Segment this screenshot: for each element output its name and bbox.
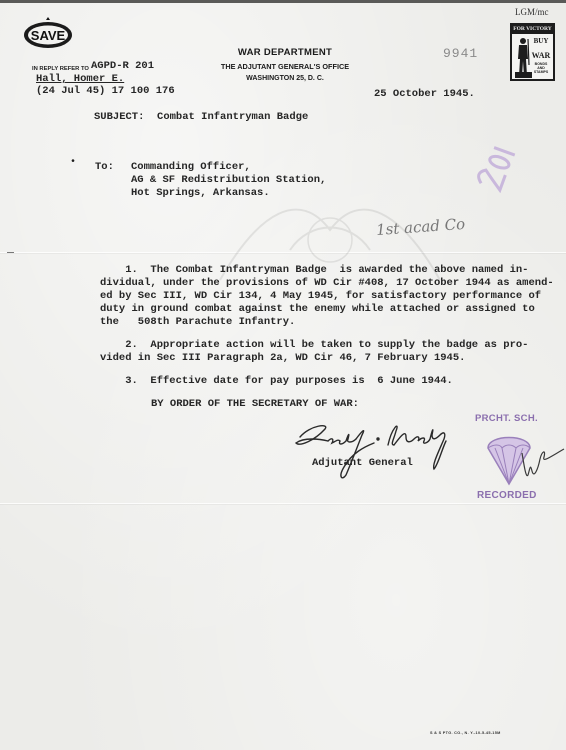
paragraph-line: 3. Effective date for pay purposes is 6 … bbox=[100, 375, 453, 388]
stamp-number: 9941 bbox=[443, 46, 478, 61]
subject-line: SUBJECT: Combat Infantryman Badge bbox=[94, 111, 308, 124]
paragraph-line: the 508th Parachute Infantry. bbox=[100, 316, 295, 329]
reference-id: (24 Jul 45) 17 100 176 bbox=[36, 85, 175, 98]
fold-line bbox=[0, 503, 566, 504]
addressee-line: Commanding Officer, bbox=[131, 161, 251, 174]
bullet-dot: • bbox=[70, 157, 76, 168]
typist-initials: LGM/mc bbox=[515, 7, 549, 17]
paragraph-line: vided in Sec III Paragraph 2a, WD Cir 46… bbox=[100, 352, 465, 365]
war-bonds-poster: FOR VICTORY BUY WAR BONDS AND STAMPS bbox=[510, 23, 555, 81]
paragraph-line: duty in ground combat against the enemy … bbox=[100, 303, 535, 316]
minuteman-icon bbox=[515, 36, 532, 78]
paragraph-line: dividual, under the provisions of WD Cir… bbox=[100, 277, 554, 290]
paragraph-line: 1. The Combat Infantryman Badge is award… bbox=[100, 264, 528, 277]
file-201-stamp-icon bbox=[468, 138, 528, 193]
paragraph-line: ed by Sec III, WD Cir 134, 4 May 1945, f… bbox=[100, 290, 541, 303]
letterhead-department: WAR DEPARTMENT bbox=[190, 47, 380, 58]
letterhead-location: WASHINGTON 25, D. C. bbox=[190, 75, 380, 82]
letterhead-office: THE ADJUTANT GENERAL'S OFFICE bbox=[190, 62, 380, 71]
poster-title: FOR VICTORY bbox=[512, 25, 553, 34]
poster-buy: BUY bbox=[531, 38, 551, 45]
stamp-recorded: RECORDED bbox=[477, 490, 537, 501]
save-logo-icon: SAVE bbox=[22, 16, 74, 50]
letter-date: 25 October 1945. bbox=[374, 88, 475, 101]
handwritten-initial-icon bbox=[520, 445, 566, 485]
addressee-line: AG & SF Redistribution Station, bbox=[131, 174, 326, 187]
signature-icon bbox=[290, 415, 475, 485]
poster-bonds-stamps: BONDS AND STAMPS bbox=[531, 62, 551, 74]
stamp-prcht-sch: PRCHT. SCH. bbox=[475, 413, 538, 424]
signature-title: Adjutant General bbox=[312, 457, 413, 470]
subject-label: SUBJECT: bbox=[94, 111, 144, 123]
document-page: SAVE WAR DEPARTMENT THE ADJUTANT GENERAL… bbox=[0, 0, 566, 750]
edge-mark bbox=[7, 252, 14, 253]
poster-war: WAR bbox=[531, 52, 551, 60]
scan-top-edge bbox=[0, 0, 566, 3]
paragraph-line: 2. Appropriate action will be taken to s… bbox=[100, 339, 528, 352]
subject-text: Combat Infantryman Badge bbox=[157, 111, 308, 123]
reference-code: AGPD-R 201 bbox=[91, 60, 154, 73]
svg-text:SAVE: SAVE bbox=[31, 28, 66, 43]
reply-refer-label: IN REPLY REFER TO bbox=[32, 66, 89, 72]
addressee-line: Hot Springs, Arkansas. bbox=[131, 187, 270, 200]
to-label: To: bbox=[95, 161, 114, 174]
printer-mark: S & S PTG. CO., N. Y.-10-5-45-15M bbox=[430, 731, 501, 735]
order-line: BY ORDER OF THE SECRETARY OF WAR: bbox=[151, 398, 359, 411]
